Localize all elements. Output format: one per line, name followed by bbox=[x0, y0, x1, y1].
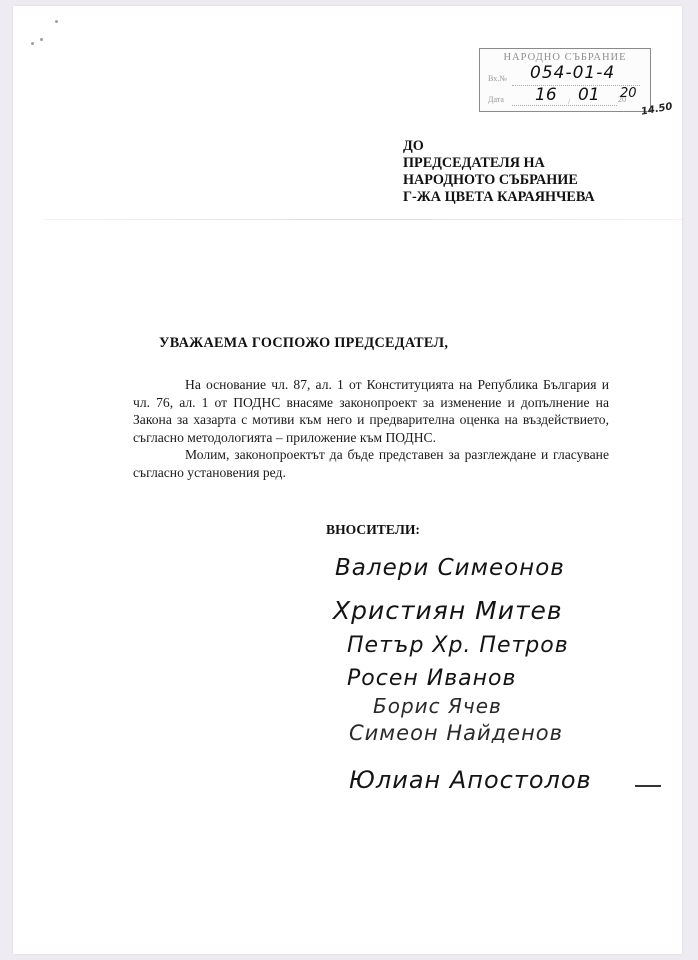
addressee-line: НАРОДНОТО СЪБРАНИЕ bbox=[403, 172, 595, 189]
letter-body: На основание чл. 87, ал. 1 от Конституци… bbox=[133, 376, 609, 482]
stamp-number-value: 054-01-4 bbox=[530, 63, 615, 83]
signature: Юлиан Апостолов bbox=[349, 766, 592, 794]
stamp-date-line bbox=[512, 105, 617, 106]
addressee-line: ДО bbox=[403, 138, 595, 155]
body-paragraph: Молим, законопроектът да бъде представен… bbox=[133, 446, 609, 481]
salutation: УВАЖАЕМА ГОСПОЖО ПРЕДСЕДАТЕЛ, bbox=[159, 335, 448, 352]
stamp-date-separator: / bbox=[568, 97, 570, 106]
document-page: НАРОДНО СЪБРАНИЕ Вх.№ 054-01-4 Дата 16 /… bbox=[13, 6, 682, 954]
stamp-date-day: 16 bbox=[535, 85, 557, 105]
signature: Симеон Найденов bbox=[349, 721, 563, 745]
addressee-line: ПРЕДСЕДАТЕЛЯ НА bbox=[403, 155, 595, 172]
signature: Борис Ячев bbox=[373, 694, 502, 718]
signature: Християн Митев bbox=[333, 596, 563, 625]
stamp-date-month: 01 bbox=[578, 85, 600, 105]
scan-speck bbox=[55, 20, 58, 23]
body-paragraph: На основание чл. 87, ал. 1 от Конституци… bbox=[133, 376, 609, 446]
addressee-line: Г-ЖА ЦВЕТА КАРАЯНЧЕВА bbox=[403, 189, 595, 206]
addressee-block: ДО ПРЕДСЕДАТЕЛЯ НА НАРОДНОТО СЪБРАНИЕ Г-… bbox=[403, 138, 595, 206]
registration-stamp: НАРОДНО СЪБРАНИЕ Вх.№ 054-01-4 Дата 16 /… bbox=[479, 48, 651, 112]
page-fold-line bbox=[43, 219, 683, 220]
signature-dash bbox=[635, 785, 661, 787]
stamp-number-label: Вх.№ bbox=[488, 74, 507, 83]
stamp-date-label: Дата bbox=[488, 95, 504, 104]
stamp-date-year: 20 bbox=[620, 86, 637, 101]
sponsors-heading: ВНОСИТЕЛИ: bbox=[326, 522, 420, 538]
scan-speck bbox=[40, 38, 43, 41]
signature: Валери Симеонов bbox=[335, 555, 565, 581]
signature: Петър Хр. Петров bbox=[347, 633, 569, 658]
signature: Росен Иванов bbox=[347, 666, 516, 691]
stamp-title: НАРОДНО СЪБРАНИЕ bbox=[480, 52, 650, 63]
scan-speck bbox=[31, 42, 34, 45]
